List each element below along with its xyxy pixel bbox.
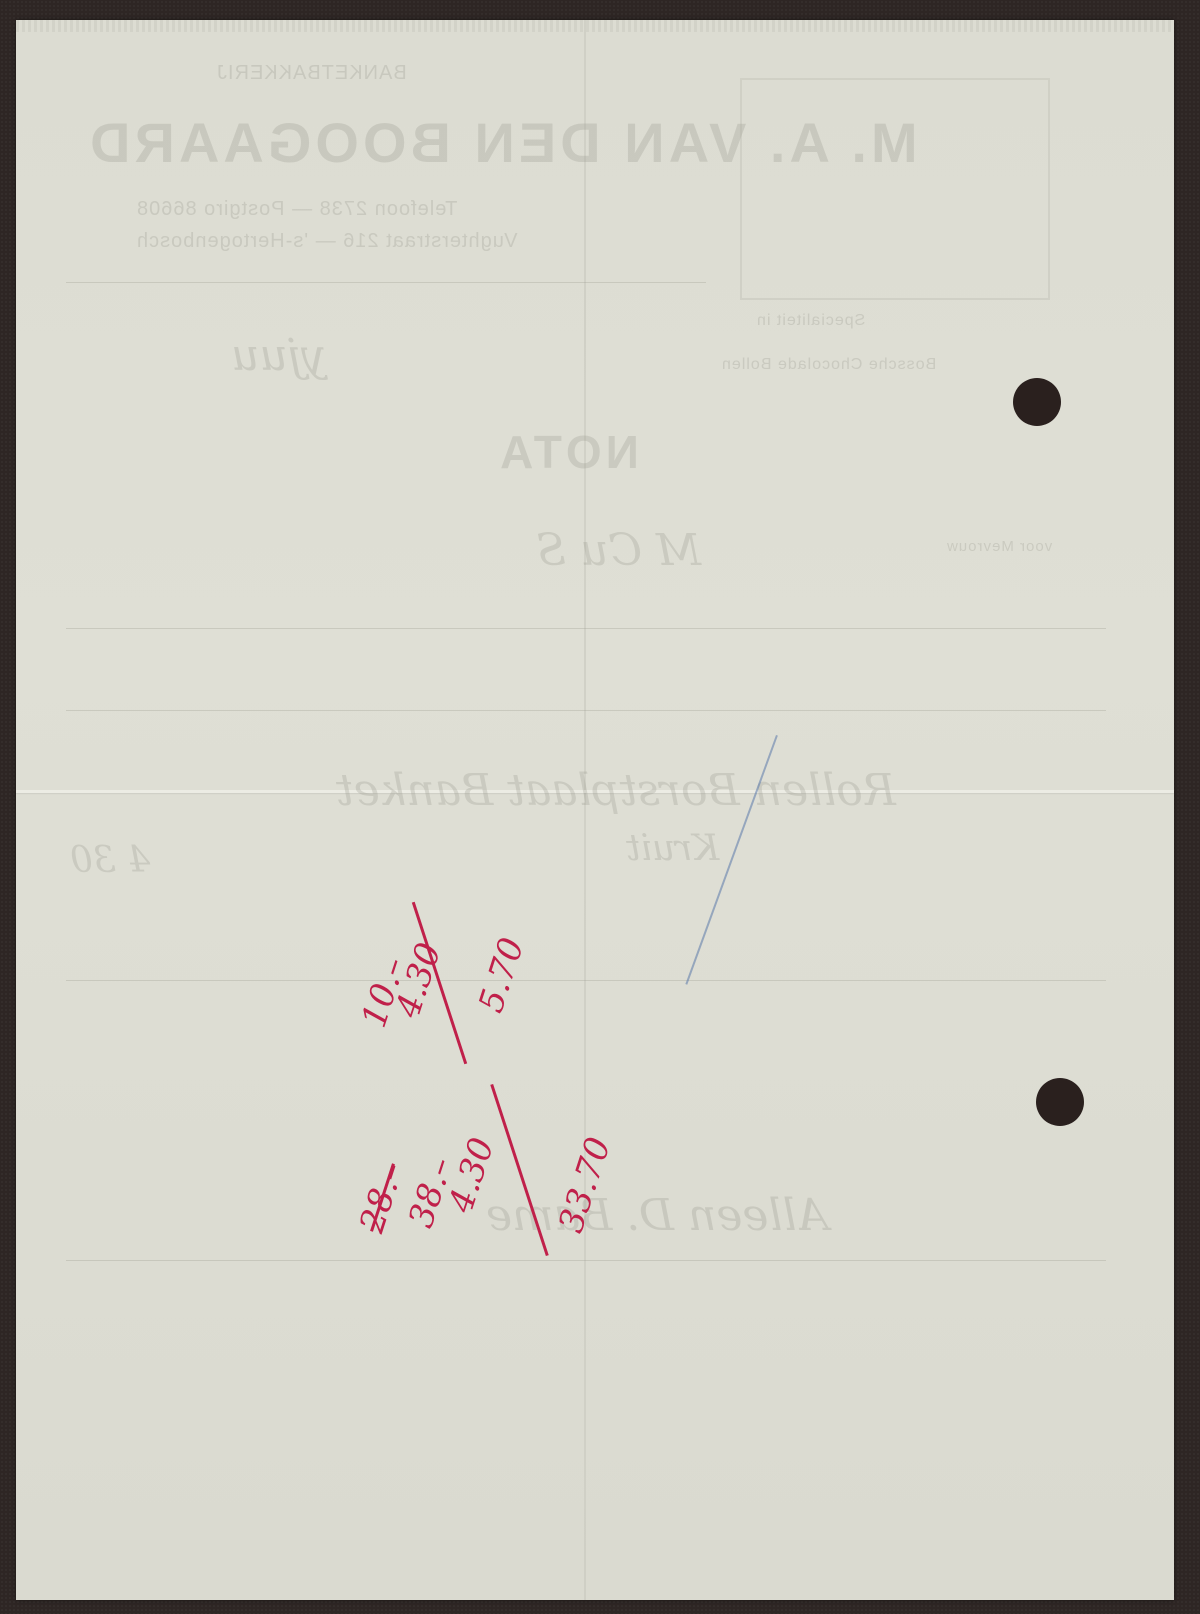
red-crossed-value: 28.– xyxy=(352,1157,412,1237)
ghost-header-rule xyxy=(66,282,706,283)
ghost-voor-label: voor Mevrouw xyxy=(946,538,1052,555)
ghost-rule-2 xyxy=(66,710,1106,711)
perforated-top-edge xyxy=(16,20,1174,32)
ghost-address-line: Vughterstraat 216 — 's-Hertogenbosch xyxy=(136,230,518,253)
red-value: 5.70 xyxy=(471,933,532,1017)
ghost-rule-1 xyxy=(66,628,1106,629)
ghost-amount-left: 4 30 xyxy=(70,840,150,881)
ghost-side-text-1: Specialiteit in xyxy=(756,312,865,330)
punch-hole-top xyxy=(1013,378,1061,426)
ghost-logo-box xyxy=(740,78,1050,300)
ghost-rule-3 xyxy=(66,980,1106,981)
ghost-handwriting-top: yjuu xyxy=(231,330,326,381)
ghost-header-line1: BANKETBAKKERIJ xyxy=(216,62,407,85)
ghost-phone-line: Telefoon 2738 — Postgiro 86608 xyxy=(136,198,457,221)
ghost-rule-4 xyxy=(66,1260,1106,1261)
ghost-handwriting-sub: Kruit xyxy=(626,828,719,869)
ghost-signature: Alleen D. Bame xyxy=(486,1190,828,1241)
ghost-handwriting-name: M Cu S xyxy=(536,525,701,576)
punch-hole-bottom xyxy=(1036,1078,1084,1126)
ghost-handwriting-line: Rollen Borstplaat Banket xyxy=(336,765,896,816)
paper-sheet: BANKETBAKKERIJ M. A. VAN DEN BOOGAARD Te… xyxy=(16,20,1174,1600)
ghost-side-text-2: Bossche Chocolade Bollen xyxy=(721,356,936,374)
ghost-nota-label: NOTA xyxy=(496,425,639,479)
